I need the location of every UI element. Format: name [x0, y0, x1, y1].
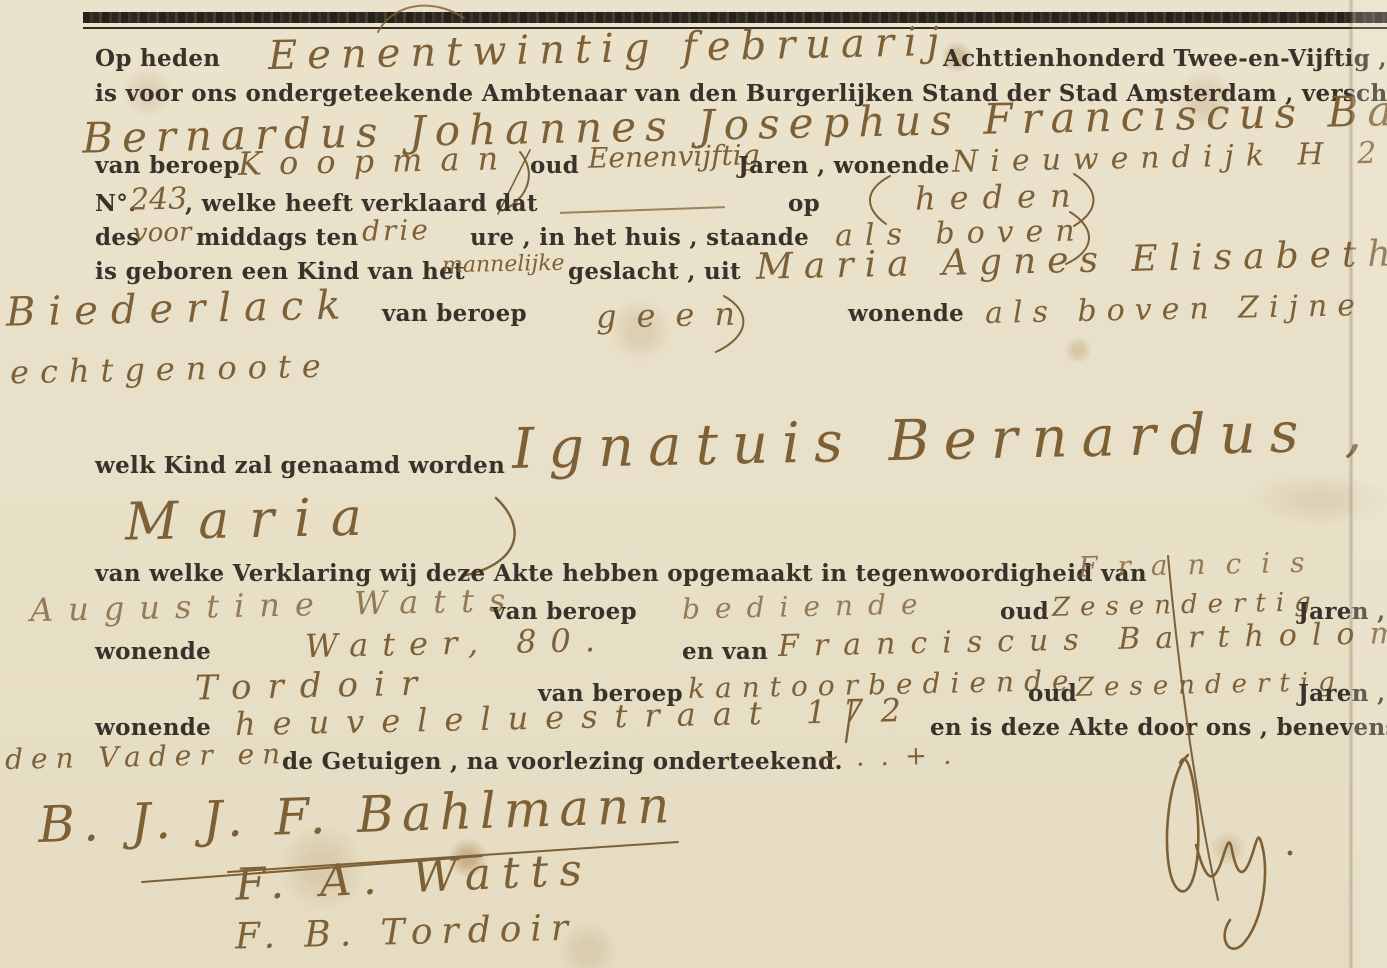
printed-year: Achttienhonderd Twee-en-Vijftig , — [943, 45, 1387, 72]
top-border-rule — [83, 12, 1387, 23]
printed-wonende-2: wonende — [95, 638, 211, 665]
handwritten-mother-surname: Biederlack — [6, 282, 354, 335]
page-edge-strip — [1354, 0, 1387, 968]
handwritten-child-gender: mannelijke — [442, 251, 565, 279]
handwritten-mother-relation: echtgenoote — [10, 347, 332, 392]
ink-stroke-after-address — [840, 696, 860, 746]
printed-van-beroep-1: van beroep — [95, 152, 240, 179]
printed-oud-2: oud — [1000, 598, 1049, 625]
handwritten-father-ref: den Vader en — [5, 737, 289, 776]
registrar-paraph — [1130, 545, 1330, 965]
printed-op-heden: Op heden — [95, 45, 220, 72]
handwritten-child-name-second: Maria — [124, 487, 382, 552]
handwritten-witness1-name: Augustine Watts — [30, 581, 521, 629]
printed-welk-kind: welk Kind zal genaamd worden — [95, 452, 505, 479]
handwritten-witness1-address: Water, 80. — [305, 621, 610, 665]
printed-geslacht-uit: geslacht , uit — [568, 258, 741, 285]
printed-getuigen-slot: de Getuigen , na voorlezing onderteekend… — [282, 748, 843, 775]
handwritten-child-name-first: Ignatuis Bernardus , — [511, 399, 1376, 482]
handwritten-daypart: voor — [133, 217, 192, 248]
signature-witness2: F. B. Tordoir — [235, 908, 578, 958]
handwritten-closing-flourish: ~ . . + . — [818, 741, 956, 774]
handwritten-mother-residence: als boven Zijne — [985, 288, 1366, 331]
printed-wonende-1: wonende — [848, 300, 964, 327]
handwritten-declarant-occupation: Koopman — [238, 139, 517, 183]
handwritten-declarant-age: Eenenvijftig — [588, 138, 760, 175]
handwritten-hour: drie — [362, 213, 432, 247]
printed-wonende-3: wonende — [95, 714, 211, 741]
ink-flourish-geen — [700, 292, 756, 356]
printed-van-welke-verklaring: van welke Verklaring wij deze Akte hebbe… — [95, 560, 1147, 587]
printed-oud-3: oud — [1028, 680, 1077, 707]
handwritten-house-number: 243 — [130, 181, 188, 217]
blank-underline — [560, 206, 725, 214]
printed-middags-ten: middags ten — [196, 224, 358, 251]
handwritten-witness1-occupation: bediende — [682, 587, 933, 625]
birth-certificate-document: Op heden Eenentwintig februarij Achttien… — [0, 0, 1387, 968]
printed-van-beroep-2: van beroep — [382, 300, 527, 327]
printed-is-geboren: is geboren een Kind van het — [95, 258, 465, 285]
printed-welke-heeft: , welke heeft verklaard dat — [185, 190, 538, 217]
printed-op: op — [788, 190, 820, 217]
printed-en-van: en van — [682, 638, 768, 665]
